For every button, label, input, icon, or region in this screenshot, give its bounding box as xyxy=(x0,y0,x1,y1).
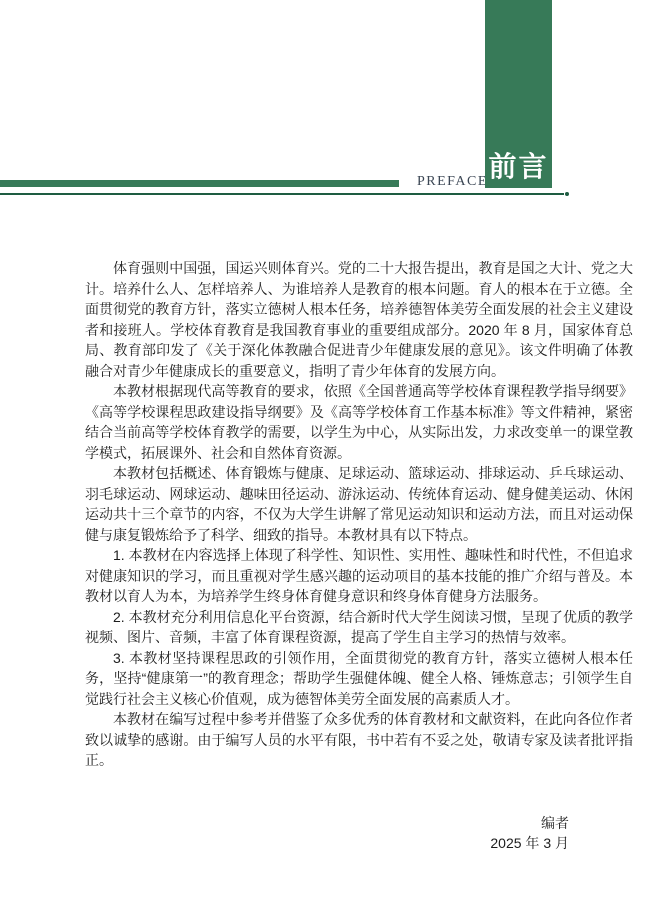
paragraph: 本教材在编写过程中参考并借鉴了众多优秀的体育教材和文献资料，在此向各位作者致以诚… xyxy=(85,709,633,771)
chapter-title: 前言 xyxy=(488,153,548,181)
header-rule xyxy=(0,193,564,195)
signature-date: 2025 年 3 月 xyxy=(85,833,569,854)
paragraph: 本教材根据现代高等教育的要求，依照《全国普通高等学校体育课程教学指导纲要》《高等… xyxy=(85,381,633,463)
preface-page: PREFACE 前言 体育强则中国强，国运兴则体育兴。党的二十大报告提出，教育是… xyxy=(0,0,648,900)
signature-author: 编者 xyxy=(85,813,569,834)
preface-english-label: PREFACE xyxy=(417,175,488,189)
header-green-bar xyxy=(0,180,399,187)
paragraph: 2. 本教材充分利用信息化平台资源，结合新时代大学生阅读习惯，呈现了优质的教学视… xyxy=(85,607,633,648)
header-rule-end-dot xyxy=(565,192,569,196)
paragraph-list: 体育强则中国强，国运兴则体育兴。党的二十大报告提出，教育是国之大计、党之大计。培… xyxy=(85,258,633,771)
paragraph: 体育强则中国强，国运兴则体育兴。党的二十大报告提出，教育是国之大计、党之大计。培… xyxy=(85,258,633,381)
chapter-title-box: 前言 xyxy=(485,0,552,188)
signature-block: 编者 2025 年 3 月 xyxy=(85,813,633,854)
preface-body: 体育强则中国强，国运兴则体育兴。党的二十大报告提出，教育是国之大计、党之大计。培… xyxy=(85,258,633,854)
paragraph: 1. 本教材在内容选择上体现了科学性、知识性、实用性、趣味性和时代性，不但追求对… xyxy=(85,545,633,607)
paragraph: 3. 本教材坚持课程思政的引领作用，全面贯彻党的教育方针，落实立德树人根本任务，… xyxy=(85,648,633,710)
paragraph: 本教材包括概述、体育锻炼与健康、足球运动、篮球运动、排球运动、乒乓球运动、羽毛球… xyxy=(85,463,633,545)
